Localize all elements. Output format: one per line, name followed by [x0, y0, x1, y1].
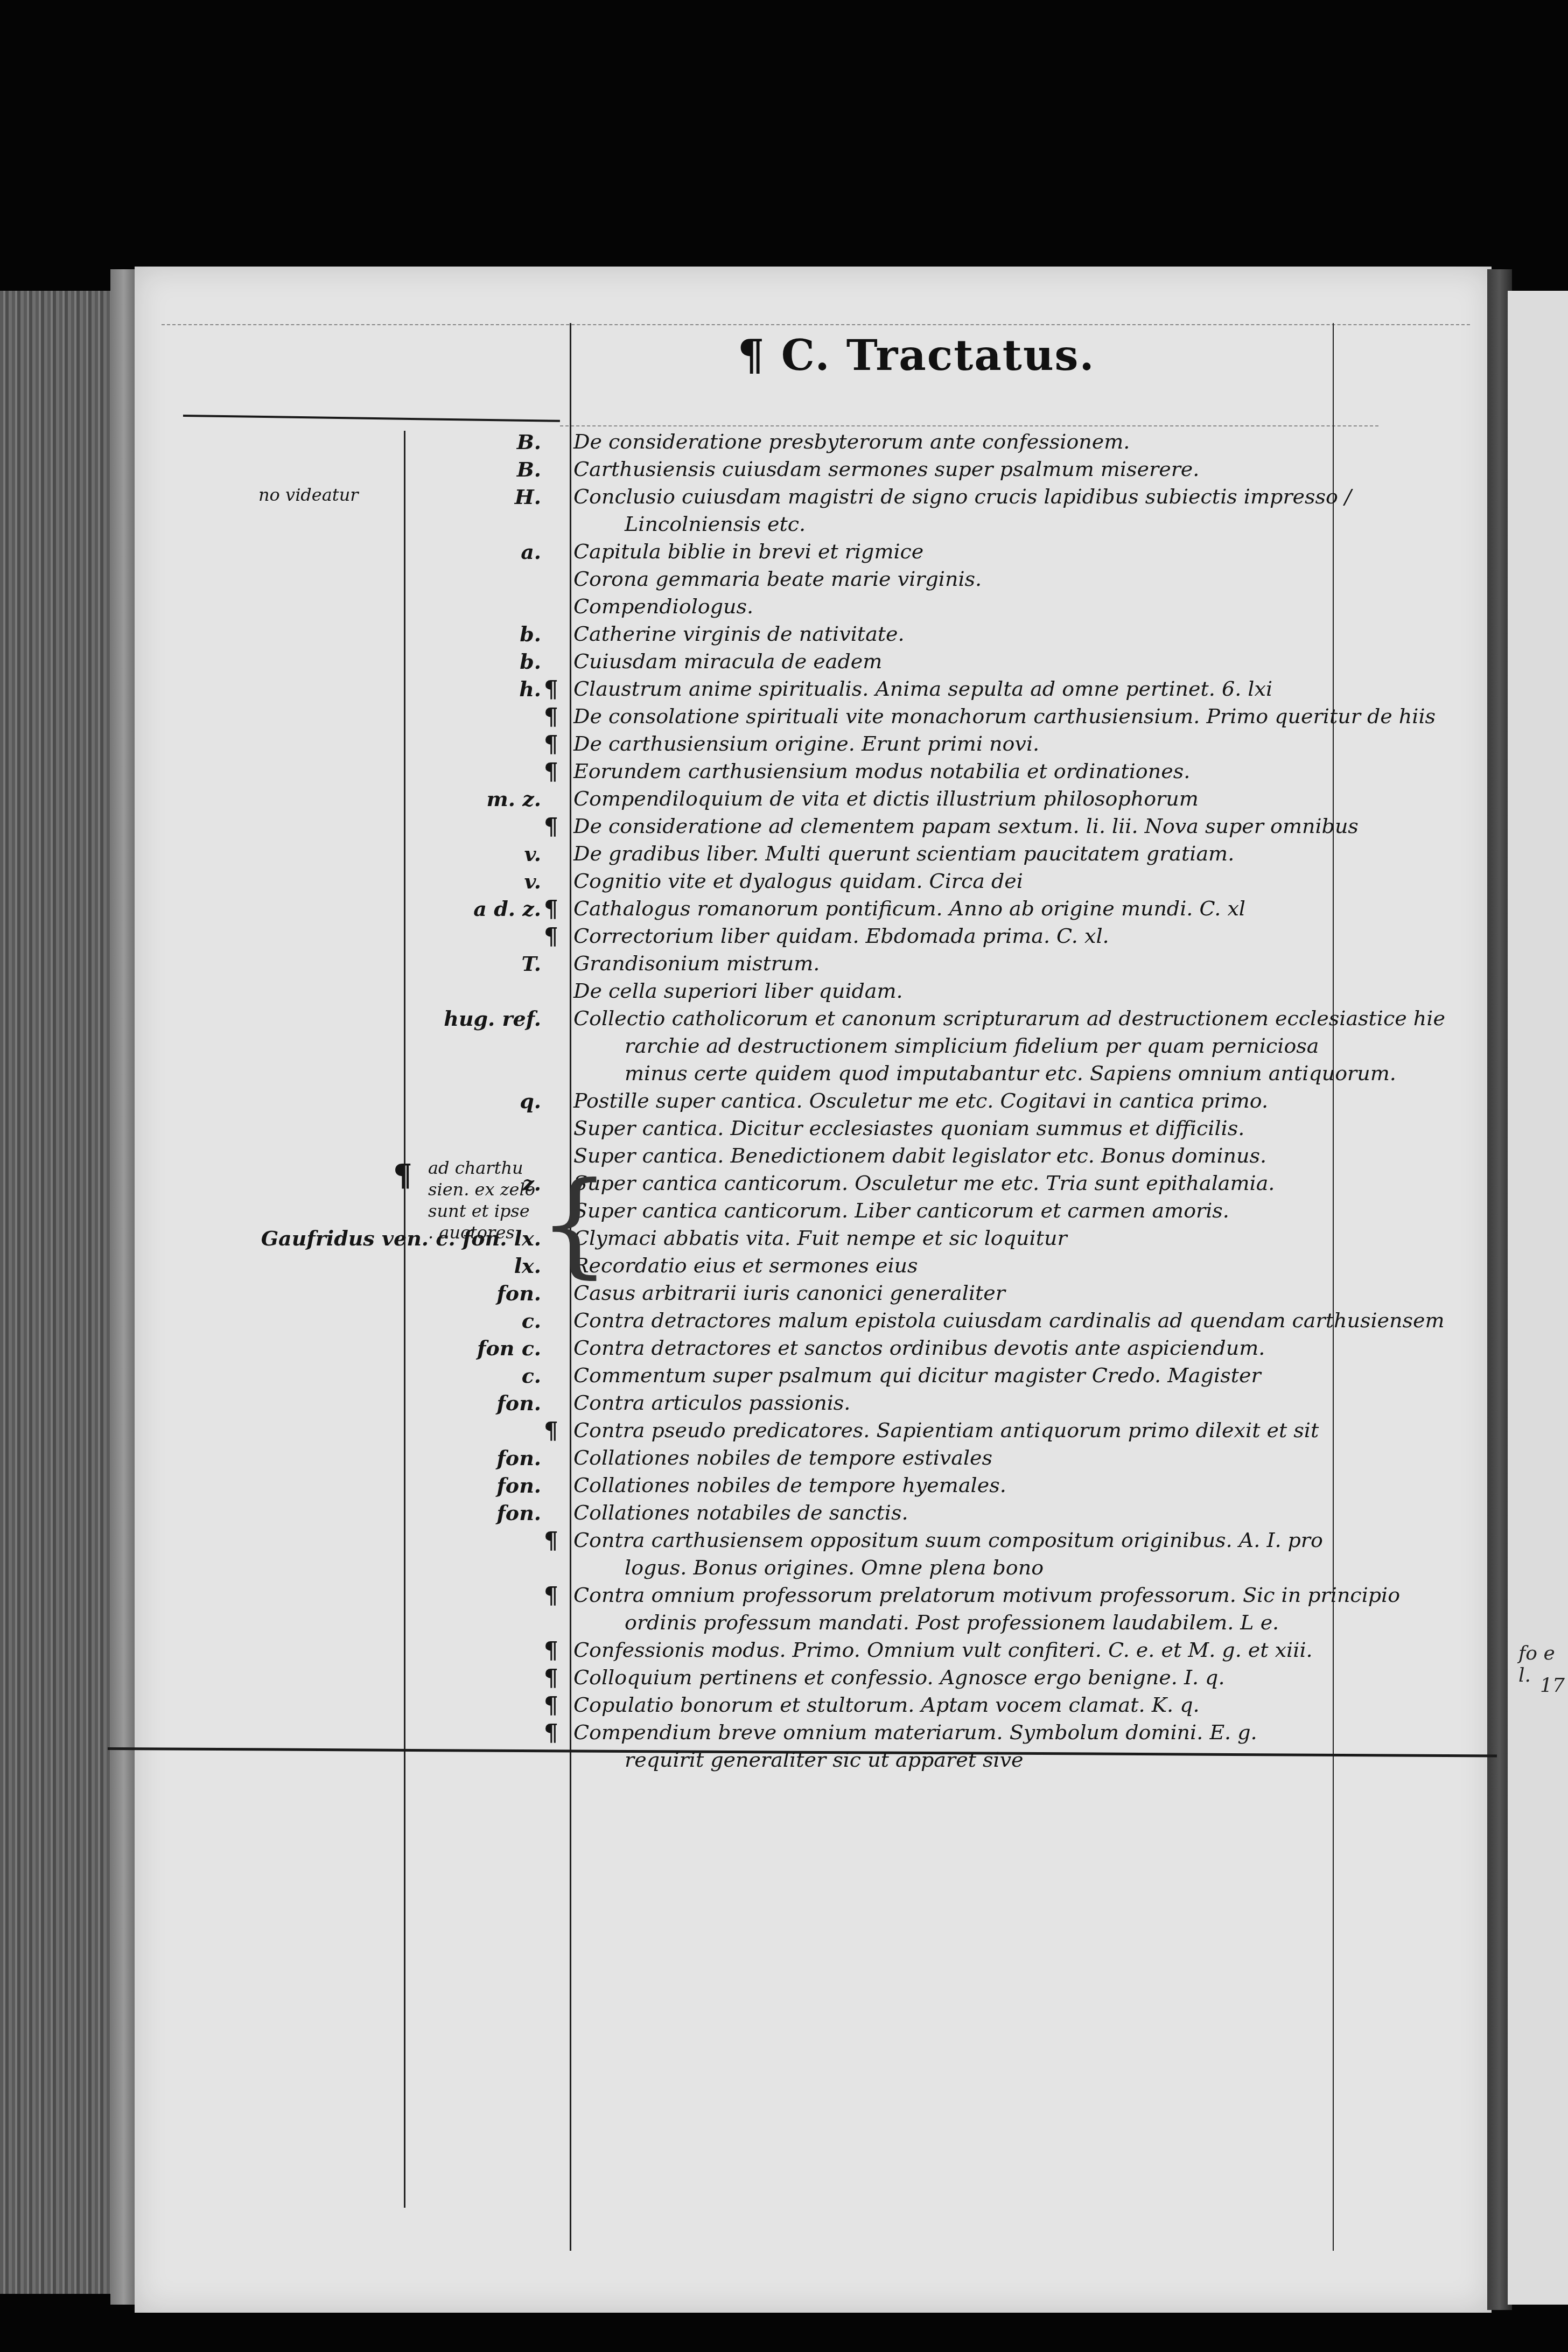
treatise-entry: B.Carthusiensis cuiusdam sermones super … — [573, 456, 1381, 483]
treatise-entry: ¶h.Claustrum anime spiritualis. Anima se… — [573, 675, 1381, 703]
entry-title: Cognitio vite et dyalogus quidam. Circa … — [573, 869, 1023, 893]
shelfmark: fon. — [496, 1472, 541, 1499]
entry-title: Contra carthusiensem oppositum suum comp… — [573, 1528, 1323, 1552]
paragraph-mark-icon: ¶ — [544, 922, 558, 950]
treatise-entry: requirit generaliter sic ut apparet sive — [573, 1746, 1381, 1774]
book-fore-edge — [0, 291, 113, 2294]
entry-title: Postille super cantica. Osculetur me etc… — [573, 1089, 1268, 1112]
entry-title: ordinis professum mandati. Post professi… — [625, 1611, 1279, 1634]
entry-title: requirit generaliter sic ut apparet sive — [625, 1748, 1024, 1772]
entry-title: minus certe quidem quod imputabantur etc… — [625, 1061, 1396, 1085]
treatise-entry: Gaufridus ven. c. fon. lx.Clymaci abbati… — [573, 1224, 1381, 1252]
treatise-list: B.De consideratione presbyterorum ante c… — [573, 428, 1381, 1774]
entry-title: Corona gemmaria beate marie virginis. — [573, 567, 982, 591]
paragraph-mark-icon: ¶ — [544, 1417, 558, 1444]
treatise-entry: ¶Eorundem carthusiensium modus notabilia… — [573, 758, 1381, 785]
shelfmark: fon. — [496, 1389, 541, 1417]
entry-title: De consideratione presbyterorum ante con… — [573, 430, 1130, 453]
paragraph-mark-icon: ¶ — [544, 813, 558, 840]
paragraph-mark-icon: ¶ — [544, 1691, 558, 1719]
entry-title: De consolatione spirituali vite monachor… — [573, 704, 1436, 728]
entry-title: Super cantica canticorum. Liber canticor… — [573, 1199, 1229, 1222]
shelfmark: fon c. — [477, 1334, 541, 1362]
treatise-entry: ¶Contra carthusiensem oppositum suum com… — [573, 1527, 1381, 1554]
entry-title: Compendium breve omnium materiarum. Symb… — [573, 1720, 1257, 1744]
entry-title: De cella superiori liber quidam. — [573, 979, 903, 1003]
entry-title: Grandisonium mistrum. — [573, 951, 820, 975]
treatise-entry: fon.Collationes notabiles de sanctis. — [573, 1499, 1381, 1527]
treatise-entry: a.Capitula biblie in brevi et rigmice — [573, 538, 1381, 565]
margin-note-non-videatur: no videatur — [258, 485, 359, 505]
entry-title: Cathalogus romanorum pontificum. Anno ab… — [573, 897, 1245, 920]
shelfmark: c. — [522, 1307, 541, 1334]
treatise-entry: v.De gradibus liber. Multi querunt scien… — [573, 840, 1381, 867]
entry-title: Collectio catholicorum et canonum script… — [573, 1006, 1445, 1030]
shelfmark: hug. ref. — [444, 1005, 541, 1032]
treatise-entry: fon c.Contra detractores et sanctos ordi… — [573, 1334, 1381, 1362]
treatise-entry: fon.Collationes nobiles de tempore hyema… — [573, 1472, 1381, 1499]
entry-title: Contra articulos passionis. — [573, 1391, 850, 1415]
margin-brace: { — [538, 1158, 611, 1290]
treatise-entry: ¶Copulatio bonorum et stultorum. Aptam v… — [573, 1691, 1381, 1719]
treatise-entry: c.Contra detractores malum epistola cuiu… — [573, 1307, 1381, 1334]
treatise-entry: ¶Contra omnium professorum prelatorum mo… — [573, 1581, 1381, 1609]
entry-title: Collationes notabiles de sanctis. — [573, 1501, 908, 1524]
paragraph-mark-icon: ¶ — [544, 1636, 558, 1664]
entry-title: Colloquium pertinens et confessio. Agnos… — [573, 1665, 1225, 1689]
header-rule-dashed — [560, 425, 1378, 428]
margin-note-line-3: sunt et ipse — [428, 1201, 530, 1221]
margin-note-line-1: ad charthu — [428, 1158, 523, 1178]
treatise-entry: H.Conclusio cuiusdam magistri de signo c… — [573, 483, 1381, 510]
entry-title: rarchie ad destructionem simplicium fide… — [625, 1034, 1319, 1058]
entry-title: Collationes nobiles de tempore hyemales. — [573, 1473, 1006, 1497]
entry-title: De consideratione ad clementem papam sex… — [573, 814, 1359, 838]
shelfmark: v. — [524, 867, 542, 895]
margin-note-line-2: sien. ex zelo — [428, 1179, 535, 1200]
entry-title: De carthusiensium origine. Erunt primi n… — [573, 732, 1039, 755]
treatise-entry: minus certe quidem quod imputabantur etc… — [573, 1060, 1381, 1087]
shelfmark: c. — [522, 1362, 541, 1389]
treatise-entry: Super cantica canticorum. Liber canticor… — [573, 1197, 1381, 1224]
entry-title: Confessionis modus. Primo. Omnium vult c… — [573, 1638, 1313, 1662]
treatise-entry: lx.Recordatio eius et sermones eius — [573, 1252, 1381, 1279]
entry-title: Lincolniensis etc. — [625, 512, 806, 536]
entry-title: Contra detractores malum epistola cuiusd… — [573, 1308, 1445, 1332]
treatise-entry: q.Postille super cantica. Osculetur me e… — [573, 1087, 1381, 1115]
treatise-entry: De cella superiori liber quidam. — [573, 977, 1381, 1005]
facing-page-number: 17 — [1540, 1675, 1565, 1697]
entry-title: Cuiusdam miracula de eadem — [573, 649, 882, 673]
paragraph-mark-icon: ¶ — [544, 895, 558, 922]
treatise-entry: ¶De consideratione ad clementem papam se… — [573, 813, 1381, 840]
treatise-entry: z.Super cantica canticorum. Osculetur me… — [573, 1170, 1381, 1197]
treatise-entry: ¶De consolatione spirituali vite monacho… — [573, 703, 1381, 730]
shelfmark: fon. — [496, 1444, 541, 1472]
paragraph-mark-icon: ¶ — [544, 675, 558, 703]
treatise-entry: b.Cuiusdam miracula de eadem — [573, 648, 1381, 675]
entry-title: Super cantica canticorum. Osculetur me e… — [573, 1171, 1275, 1195]
shelfmark: fon. — [496, 1279, 541, 1307]
shelfmark: v. — [524, 840, 542, 867]
treatise-entry: rarchie ad destructionem simplicium fide… — [573, 1032, 1381, 1060]
paragraph-mark-icon: ¶ — [544, 1581, 558, 1609]
treatise-entry: Compendiologus. — [573, 593, 1381, 620]
treatise-entry: v.Cognitio vite et dyalogus quidam. Circ… — [573, 867, 1381, 895]
treatise-entry: c.Commentum super psalmum qui dicitur ma… — [573, 1362, 1381, 1389]
treatise-entry: ¶Contra pseudo predicatores. Sapientiam … — [573, 1417, 1381, 1444]
entry-title: Recordatio eius et sermones eius — [573, 1254, 918, 1277]
paragraph-mark-icon: ¶ — [544, 1527, 558, 1554]
entry-title: Casus arbitrarii iuris canonici generali… — [573, 1281, 1005, 1305]
page-heading: ¶ C. Tractatus. — [738, 331, 1095, 380]
treatise-entry: fon.Collationes nobiles de tempore estiv… — [573, 1444, 1381, 1472]
treatise-entry: T.Grandisonium mistrum. — [573, 950, 1381, 977]
shelfmark: T. — [521, 950, 541, 977]
entry-title: Compendiologus. — [573, 594, 753, 618]
treatise-entry: ordinis professum mandati. Post professi… — [573, 1609, 1381, 1636]
book-page-edges — [110, 269, 137, 2305]
entry-title: Contra omnium professorum prelatorum mot… — [573, 1583, 1400, 1607]
entry-title: Carthusiensis cuiusdam sermones super ps… — [573, 457, 1199, 481]
shelfmark: h. — [519, 675, 541, 703]
treatise-entry: B.De consideratione presbyterorum ante c… — [573, 428, 1381, 456]
entry-title: logus. Bonus origines. Omne plena bono — [625, 1556, 1044, 1579]
entry-title: Compendiloquium de vita et dictis illust… — [573, 787, 1199, 810]
entry-title: Super cantica. Benedictionem dabit legis… — [573, 1144, 1266, 1167]
shelfmark: b. — [520, 620, 541, 648]
shelfmark: fon. — [496, 1499, 541, 1527]
shelfmark: b. — [520, 648, 541, 675]
entry-title: Correctorium liber quidam. Ebdomada prim… — [573, 924, 1109, 948]
treatise-entry: b.Catherine virginis de nativitate. — [573, 620, 1381, 648]
entry-title: Commentum super psalmum qui dicitur magi… — [573, 1363, 1261, 1387]
shelfmark: a. — [521, 538, 541, 565]
margin-note-line-4: . auctores. — [428, 1222, 520, 1243]
treatise-entry: fon.Contra articulos passionis. — [573, 1389, 1381, 1417]
entry-title: Collationes nobiles de tempore estivales — [573, 1446, 992, 1469]
margin-rule-left — [404, 431, 405, 2208]
treatise-entry: Super cantica. Benedictionem dabit legis… — [573, 1142, 1381, 1170]
top-ruling-line — [162, 324, 1470, 326]
shelfmark: lx. — [514, 1252, 541, 1279]
entry-title: Contra detractores et sanctos ordinibus … — [573, 1336, 1265, 1360]
treatise-entry: ¶a d. z.Cathalogus romanorum pontificum.… — [573, 895, 1381, 922]
treatise-entry: m. z.Compendiloquium de vita et dictis i… — [573, 785, 1381, 813]
paragraph-mark-icon: ¶ — [544, 1719, 558, 1746]
entry-title: Clymaci abbatis vita. Fuit nempe et sic … — [573, 1226, 1067, 1250]
entry-title: Eorundem carthusiensium modus notabilia … — [573, 759, 1190, 783]
treatise-entry: logus. Bonus origines. Omne plena bono — [573, 1554, 1381, 1581]
paragraph-mark-icon: ¶ — [544, 758, 558, 785]
entry-title: Contra pseudo predicatores. Sapientiam a… — [573, 1418, 1319, 1442]
treatise-entry: ¶Confessionis modus. Primo. Omnium vult … — [573, 1636, 1381, 1664]
treatise-entry: fon.Casus arbitrarii iuris canonici gene… — [573, 1279, 1381, 1307]
entry-title: De gradibus liber. Multi querunt scienti… — [573, 842, 1234, 865]
paragraph-mark-icon: ¶ — [544, 730, 558, 758]
treatise-entry: ¶Correctorium liber quidam. Ebdomada pri… — [573, 922, 1381, 950]
shelfmark: q. — [520, 1087, 541, 1115]
entry-title: Claustrum anime spiritualis. Anima sepul… — [573, 677, 1272, 701]
treatise-entry: ¶De carthusiensium origine. Erunt primi … — [573, 730, 1381, 758]
shelfmark: m. z. — [487, 785, 541, 813]
treatise-entry: hug. ref.Collectio catholicorum et canon… — [573, 1005, 1381, 1032]
shelfmark: H. — [515, 483, 541, 510]
entry-title: Capitula biblie in brevi et rigmice — [573, 540, 923, 563]
facing-page-edge — [1508, 291, 1568, 2305]
treatise-entry: ¶Compendium breve omnium materiarum. Sym… — [573, 1719, 1381, 1746]
entry-title: Copulatio bonorum et stultorum. Aptam vo… — [573, 1693, 1200, 1717]
treatise-entry: Lincolniensis etc. — [573, 510, 1381, 538]
entry-title: Catherine virginis de nativitate. — [573, 622, 905, 646]
paragraph-mark-icon: ¶ — [544, 703, 558, 730]
treatise-entry: ¶Colloquium pertinens et confessio. Agno… — [573, 1664, 1381, 1691]
shelfmark: B. — [517, 428, 541, 456]
treatise-entry: Corona gemmaria beate marie virginis. — [573, 565, 1381, 593]
margin-paragraph-mark: ¶ — [393, 1158, 412, 1193]
entry-title: Super cantica. Dicitur ecclesiastes quon… — [573, 1116, 1244, 1140]
entry-title: Conclusio cuiusdam magistri de signo cru… — [573, 485, 1352, 508]
paragraph-mark-icon: ¶ — [544, 1664, 558, 1691]
shelfmark: B. — [517, 456, 541, 483]
shelfmark: a d. z. — [473, 895, 541, 922]
treatise-entry: Super cantica. Dicitur ecclesiastes quon… — [573, 1115, 1381, 1142]
